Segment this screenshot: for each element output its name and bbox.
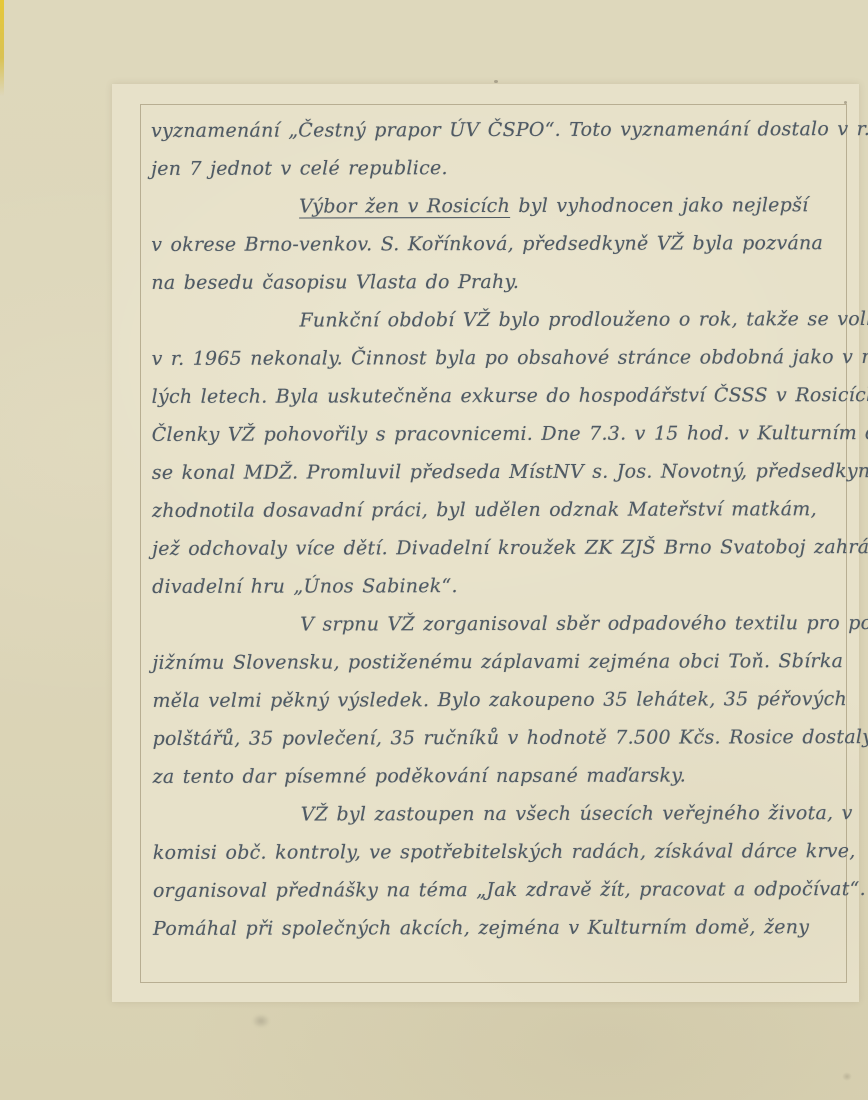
manuscript-line: V srpnu VŽ zorganisoval sběr odpadového …	[152, 604, 849, 644]
line-text: divadelní hru „Únos Sabinek“.	[152, 575, 458, 598]
line-text: byl vyhodnocen jako nejlepší	[510, 194, 808, 217]
manuscript-line: polštářů, 35 povlečení, 35 ručníků v hod…	[152, 718, 849, 758]
line-text: V srpnu VŽ zorganisoval sběr odpadového …	[300, 612, 868, 636]
manuscript-line: jen 7 jednot v celé republice.	[151, 148, 848, 188]
manuscript-line: měla velmi pěkný výsledek. Bylo zakoupen…	[152, 680, 849, 720]
ink-smudge	[252, 1014, 270, 1028]
paper-speck	[494, 80, 498, 83]
line-text: zhodnotila dosavadní práci, byl udělen o…	[152, 498, 817, 522]
line-text: měla velmi pěkný výsledek. Bylo zakoupen…	[152, 688, 847, 712]
manuscript-line: Výbor žen v Rosicích byl vyhodnocen jako…	[151, 186, 848, 226]
line-text: Členky VŽ pohovořily s pracovnicemi. Dne…	[152, 422, 868, 446]
line-text: vyznamenání „Čestný prapor ÚV ČSPO“. Tot…	[151, 118, 868, 142]
paper-speck	[844, 101, 847, 104]
underlined-heading: Výbor žen v Rosicích	[299, 195, 510, 218]
manuscript-line: organisoval přednášky na téma „Jak zdrav…	[153, 870, 850, 910]
manuscript-line: Funkční období VŽ bylo prodlouženo o rok…	[151, 300, 848, 340]
manuscript-line: zhodnotila dosavadní práci, byl udělen o…	[152, 490, 849, 530]
line-text: v okrese Brno-venkov. S. Kořínková, před…	[151, 232, 823, 256]
line-text: organisoval přednášky na téma „Jak zdrav…	[153, 878, 866, 902]
line-text: v r. 1965 nekonaly. Činnost byla po obsa…	[152, 346, 868, 370]
chronicle-scan: { "page": { "kind": "handwritten chronic…	[0, 0, 868, 1100]
manuscript-line: na besedu časopisu Vlasta do Prahy.	[151, 262, 848, 302]
manuscript-line: komisi obč. kontroly, ve spotřebitelskýc…	[153, 832, 850, 872]
manuscript-line: divadelní hru „Únos Sabinek“.	[152, 566, 849, 606]
manuscript-line: v r. 1965 nekonaly. Činnost byla po obsa…	[152, 338, 849, 378]
line-text: VŽ byl zastoupen na všech úsecích veřejn…	[301, 802, 853, 825]
line-text: jež odchovaly více dětí. Divadelní krouž…	[152, 536, 868, 560]
manuscript-line: se konal MDŽ. Promluvil předseda MístNV …	[152, 452, 849, 492]
manuscript-line: jižnímu Slovensku, postiženému záplavami…	[152, 642, 849, 682]
manuscript-line: Členky VŽ pohovořily s pracovnicemi. Dne…	[152, 414, 849, 454]
line-text: polštářů, 35 povlečení, 35 ručníků v hod…	[153, 726, 868, 750]
line-text: na besedu časopisu Vlasta do Prahy.	[151, 271, 519, 294]
handwritten-text-block: vyznamenání „Čestný prapor ÚV ČSPO“. Tot…	[151, 110, 850, 948]
paper-stain	[842, 1072, 852, 1081]
line-text: Funkční období VŽ bylo prodlouženo o rok…	[299, 308, 868, 332]
manuscript-line: jež odchovaly více dětí. Divadelní krouž…	[152, 528, 849, 568]
line-text: jen 7 jednot v celé republice.	[151, 157, 448, 180]
manuscript-line: vyznamenání „Čestný prapor ÚV ČSPO“. Tot…	[151, 110, 848, 150]
manuscript-line: lých letech. Byla uskutečněna exkurse do…	[152, 376, 849, 416]
manuscript-line: VŽ byl zastoupen na všech úsecích veřejn…	[153, 794, 850, 834]
manuscript-line: Pomáhal při společných akcích, zejména v…	[153, 908, 850, 948]
line-text: za tento dar písemné poděkování napsané …	[153, 765, 686, 788]
line-text: lých letech. Byla uskutečněna exkurse do…	[152, 384, 868, 408]
manuscript-line: v okrese Brno-venkov. S. Kořínková, před…	[151, 224, 848, 264]
line-text: jižnímu Slovensku, postiženému záplavami…	[152, 650, 843, 674]
line-text: se konal MDŽ. Promluvil předseda MístNV …	[152, 460, 868, 484]
manuscript-line: za tento dar písemné poděkování napsané …	[153, 756, 850, 796]
line-text: Pomáhal při společných akcích, zejména v…	[153, 916, 809, 940]
line-text: komisi obč. kontroly, ve spotřebitelskýc…	[153, 840, 856, 864]
gilded-book-edge	[0, 0, 4, 96]
